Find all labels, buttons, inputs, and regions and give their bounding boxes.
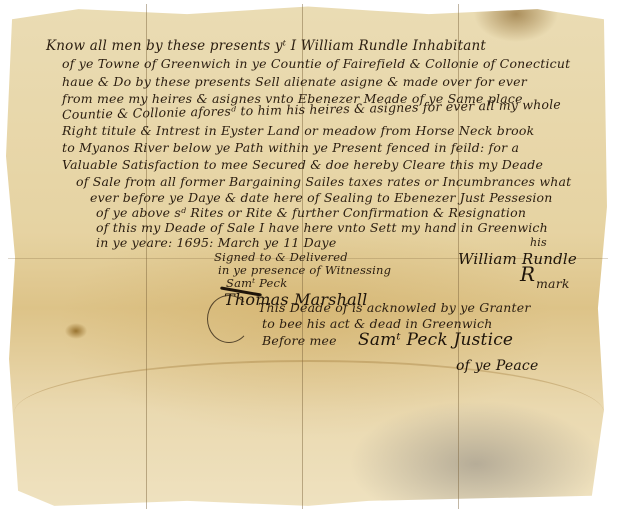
deed-line: Valuable Satisfaction to mee Secured & d… bbox=[62, 157, 543, 172]
grantor-name: William Rundle bbox=[458, 250, 577, 268]
deed-line: Right titule & Intrest in Eyster Land or… bbox=[62, 123, 534, 138]
acknowledgment-line: This Deade of is acknowled by ye Granter bbox=[258, 300, 531, 315]
mark-label: mark bbox=[536, 276, 570, 291]
justice-signature: Samᵗ Peck Justice bbox=[358, 330, 513, 350]
deed-line: in ye yeare: 1695: March ye 11 Daye bbox=[96, 235, 336, 250]
witness-line: Signed to & Delivered bbox=[214, 250, 348, 264]
deed-line: of this my Deade of Sale I have here vnt… bbox=[96, 220, 548, 235]
deed-line: ever before ye Daye & date here of Seali… bbox=[90, 190, 553, 205]
grantor-mark-letter: R bbox=[520, 262, 535, 286]
acknowledgment-line: Before mee bbox=[262, 333, 337, 348]
deed-line: haue & Do by these presents Sell alienat… bbox=[62, 74, 527, 89]
deed-line: of ye Towne of Greenwich in ye Countie o… bbox=[62, 56, 570, 71]
water-stain bbox=[14, 360, 604, 492]
justice-title: of ye Peace bbox=[456, 358, 538, 374]
flourish-decoration bbox=[207, 295, 251, 343]
deed-line: to Myanos River below ye Path within ye … bbox=[62, 140, 519, 155]
witness-line: Samᵗ Peck bbox=[226, 276, 287, 290]
witness-line: in ye presence of Witnessing bbox=[218, 263, 391, 277]
his-label: his bbox=[530, 236, 547, 249]
deed-line: of Sale from all former Bargaining Saile… bbox=[76, 174, 571, 189]
acknowledgment-line: to bee his act & dead in Greenwich bbox=[262, 316, 492, 331]
deed-line: of ye above sᵈ Rites or Rite & further C… bbox=[96, 205, 526, 220]
deed-line: Know all men by these presents yᵗ I Will… bbox=[46, 38, 486, 54]
